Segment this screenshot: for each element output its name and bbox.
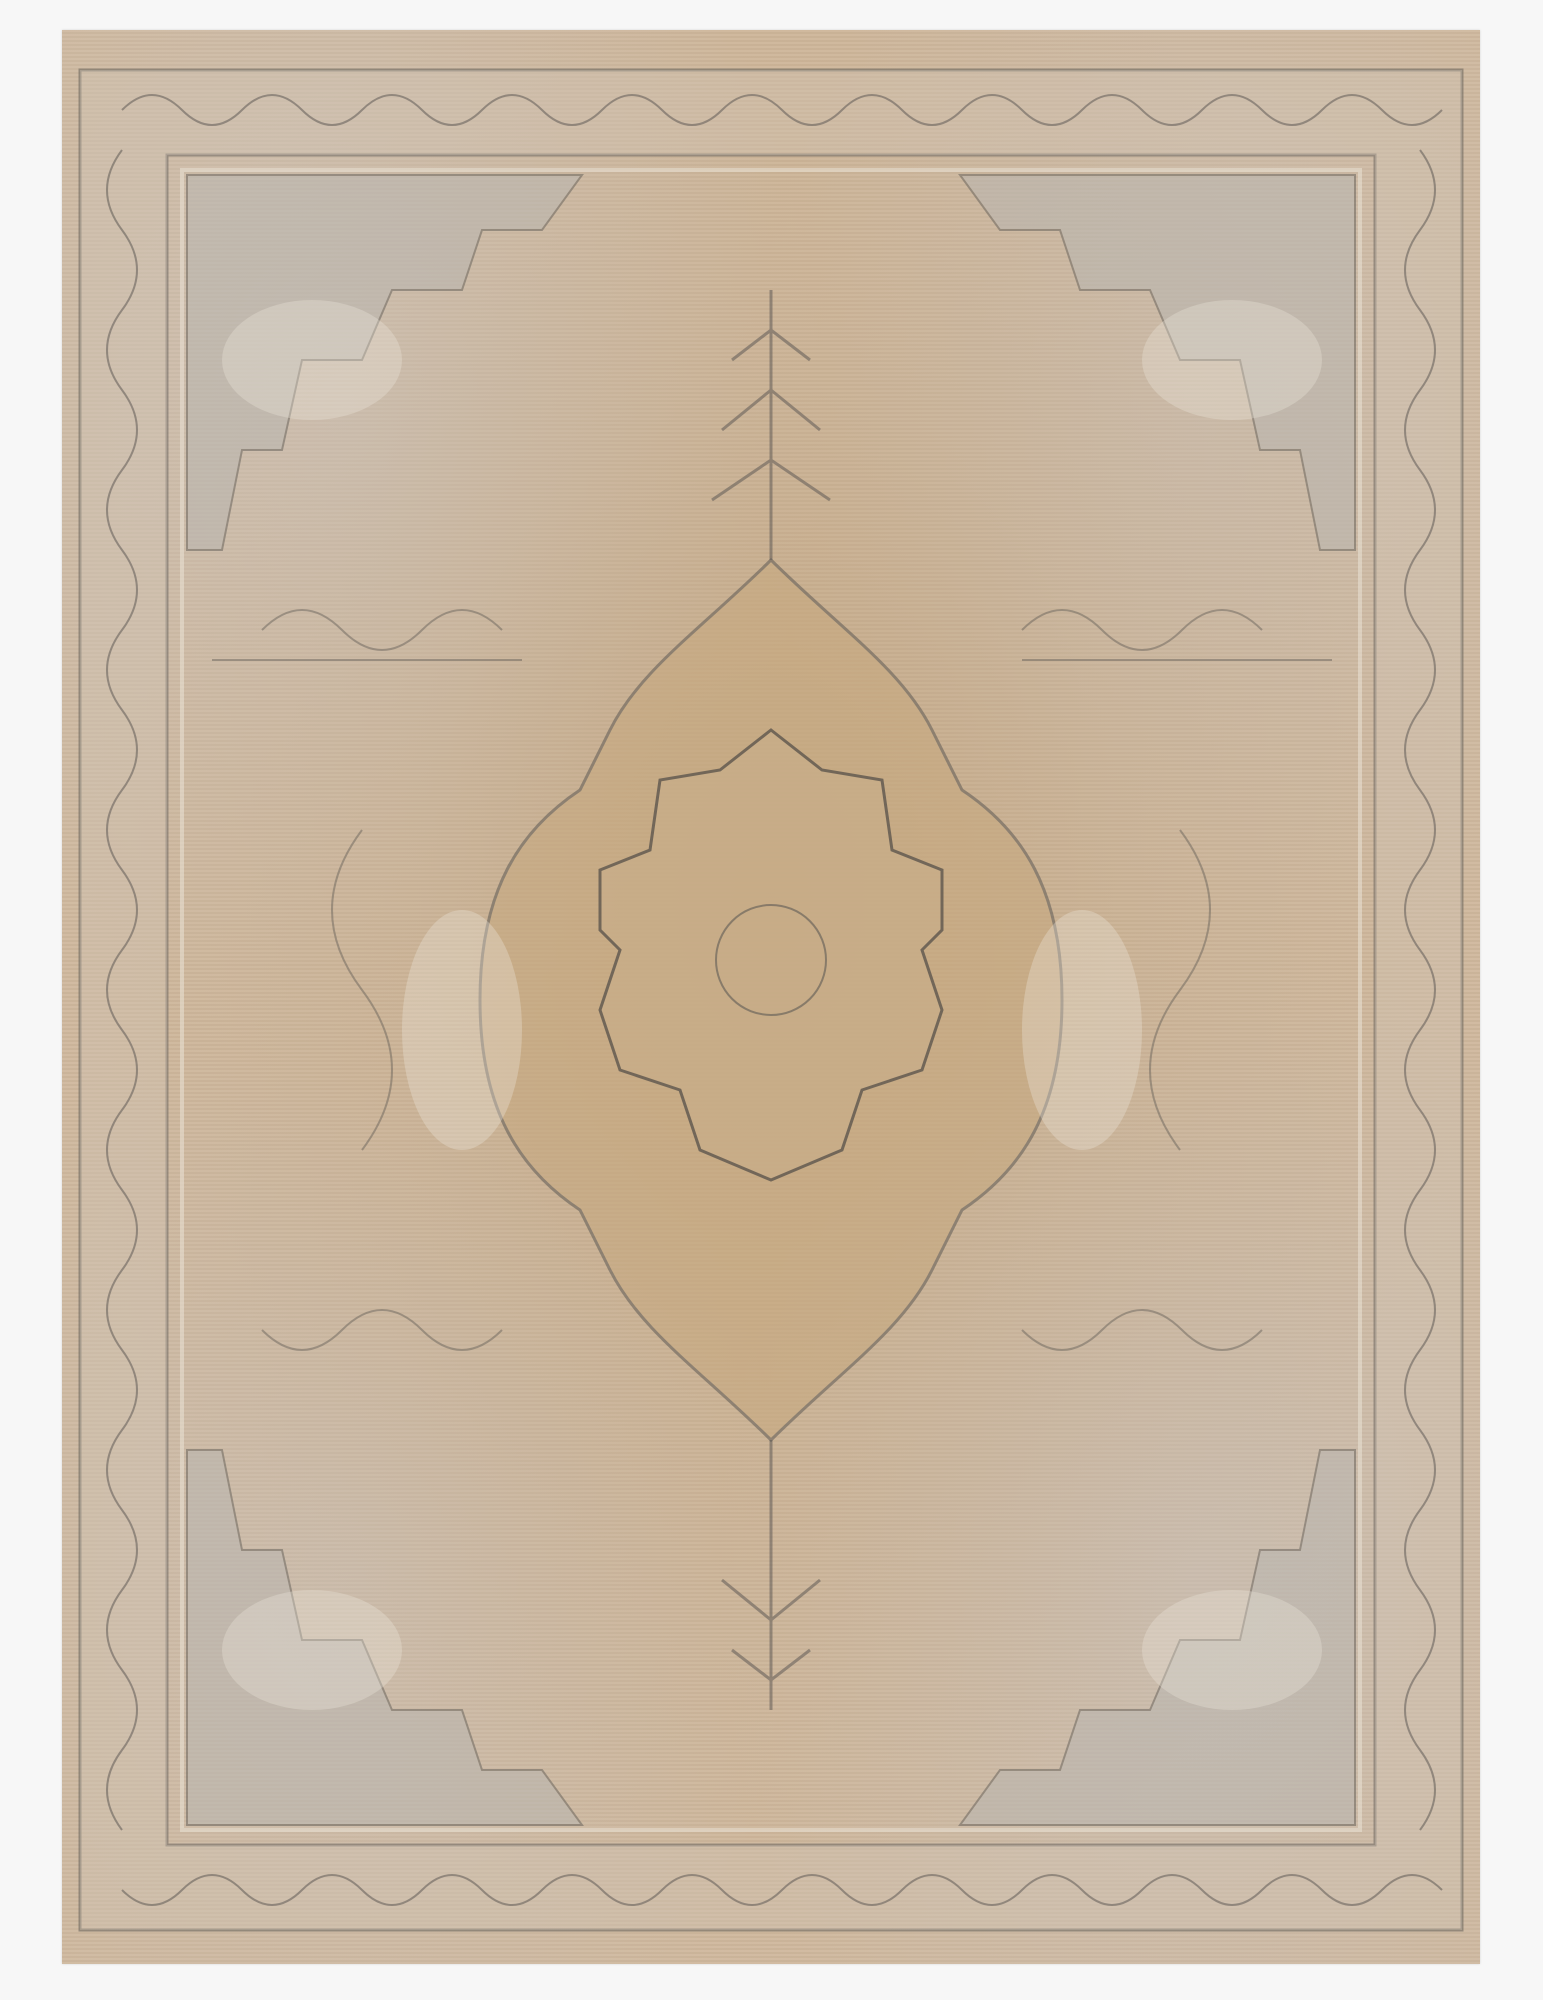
rug-pattern	[62, 30, 1480, 1964]
rug-photo	[62, 30, 1480, 1964]
